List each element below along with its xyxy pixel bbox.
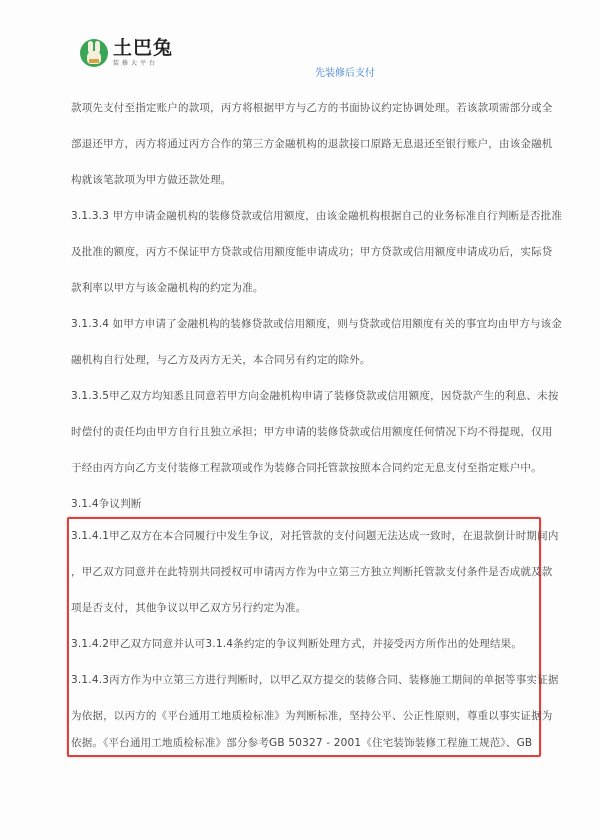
document-page: 土巴兔 装修大平台 先装修后支付 款项先支付至指定账户的款项，丙方将根据甲方与乙… <box>0 0 600 840</box>
text-line: 于经由丙方向乙方支付装修工程款项或作为装修合同托管款按照本合同约定无息支付至指定… <box>71 460 542 475</box>
text-line: 时偿付的责任均由甲方自行且独立承担；甲方申请的装修贷款或信用额度任何情况下均不得… <box>71 424 553 439</box>
text-line: 依据。《平台通用工地质检标准》部分参考GB 50327 - 2001《住宅装饰装… <box>71 735 532 750</box>
logo-subtitle: 装修大平台 <box>113 59 173 68</box>
text-line: 融机构自行处理，与乙方及丙方无关，本合同另有约定的除外。 <box>71 352 371 367</box>
text-line: 及批准的额度，丙方不保证甲方贷款或信用额度能申请成功；甲方贷款或信用额度申请成功… <box>71 244 553 259</box>
text-line: 3.1.4.3丙方作为中立第三方进行判断时，以甲乙双方提交的装修合同、装修施工期… <box>71 672 559 687</box>
text-line: 部退还甲方，丙方将通过丙方合作的第三方金融机构的退款接口原路无息退还至银行账户，… <box>71 136 553 151</box>
text-line: 为依据，以丙方的《平台通用工地质检标准》为判断标准，坚持公平、公正性原则，尊重以… <box>71 708 553 723</box>
rabbit-logo-icon <box>80 39 108 67</box>
text-line: 项是否支付，其他争议以甲乙双方另行约定为准。 <box>71 600 306 615</box>
section-heading: 3.1.4争议判断 <box>71 496 142 511</box>
text-line: 3.1.4.1甲乙双方在本合同履行中发生争议，对托管款的支付问题无法达成一致时，… <box>71 528 559 543</box>
text-line: 3.1.3.5甲乙双方均知悉且同意若甲方向金融机构申请了装修贷款或信用额度，因贷… <box>71 388 559 403</box>
text-line: 3.1.4.2甲乙双方同意并认可3.1.4条约定的争议判断处理方式，并接受丙方所… <box>71 636 522 651</box>
text-line: 款项先支付至指定账户的款项，丙方将根据甲方与乙方的书面协议约定协调处理。若该款项… <box>71 100 553 115</box>
text-line: ，甲乙双方同意并在此特别共同授权可申请丙方作为中立第三方独立判断托管款支付条件是… <box>71 564 553 579</box>
text-line: 构就该笔款项为甲方做还款处理。 <box>71 172 232 187</box>
header-title: 先装修后支付 <box>315 64 375 79</box>
text-line: 3.1.3.3 甲方申请金融机构的装修贷款或信用额度，由该金融机构根据自己的业务… <box>71 208 562 223</box>
logo-name: 土巴兔 <box>113 38 173 59</box>
text-line: 3.1.3.4 如甲方申请了金融机构的装修贷款或信用额度，则与贷款或信用额度有关… <box>71 316 562 331</box>
logo: 土巴兔 装修大平台 <box>80 33 173 73</box>
text-line: 款利率以甲方与该金融机构的约定为准。 <box>71 280 264 295</box>
